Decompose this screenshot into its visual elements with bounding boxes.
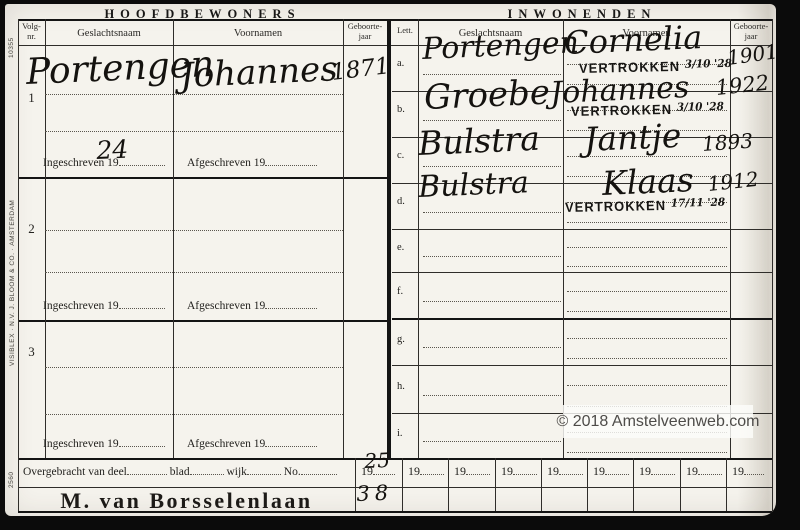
stamp-date: 3/10 '28 (685, 57, 732, 71)
stamp-date: 17/11 '28 (671, 196, 726, 210)
dotted-line (423, 347, 561, 348)
rule-line (343, 19, 344, 458)
year-prefix: 19 (501, 464, 513, 478)
rule-line (18, 458, 772, 460)
dotted-line (567, 247, 727, 248)
rule-line (18, 177, 391, 179)
col-geboortejaar: Geboorte-jaar (343, 22, 387, 42)
handwritten-ingeschreven-year-row1: 24 (96, 135, 129, 165)
ingeschreven-row2: Ingeschreven 19 (43, 299, 165, 312)
stamp-date: 3/10 '28 (677, 100, 724, 114)
year-prefix: 19 (639, 464, 651, 478)
wijk-label: wijk (226, 466, 246, 478)
dotted-line (567, 311, 727, 312)
rule-line (392, 272, 772, 273)
year-prefix: 19 (454, 464, 466, 478)
handwritten-firstnames-row1: Johannes (179, 49, 338, 96)
stamp-text: VERTROKKEN (565, 198, 666, 215)
form-serial-bottom: 2560 (8, 446, 15, 488)
handwritten-firstnames-c: Jantje (583, 116, 682, 159)
dotted-line (45, 367, 343, 368)
letter-h: h. (397, 381, 405, 392)
afgeschreven-label: Afgeschreven 19 (187, 438, 265, 450)
letter-i: i. (397, 428, 403, 439)
overgebracht-row: Overgebracht van deel blad wijk No. (23, 465, 337, 478)
rule-line (633, 458, 634, 511)
dotted-line (567, 358, 727, 359)
dotted-line (45, 131, 343, 132)
dotted-line (45, 230, 343, 231)
dotted-leader (513, 465, 537, 475)
dotted-line (423, 395, 561, 396)
rule-line (680, 458, 681, 511)
dotted-leader (119, 437, 165, 447)
year-cell-4: 19 (547, 464, 583, 479)
handwritten-surname-b: Groebe (423, 73, 551, 118)
rule-line (392, 318, 772, 320)
year-prefix: 19 (732, 464, 744, 478)
volgnr-3: 3 (18, 344, 45, 360)
year-cell-6: 19 (639, 464, 675, 479)
dotted-line (423, 212, 561, 213)
dotted-leader (247, 465, 281, 475)
afgeschreven-row2: Afgeschreven 19 (187, 299, 317, 312)
rule-line (495, 458, 496, 511)
dotted-line (567, 222, 727, 223)
year-cell-1: 19 (408, 464, 444, 479)
volgnr-2: 2 (18, 221, 45, 237)
ingeschreven-label: Ingeschreven 19 (43, 438, 119, 450)
dotted-leader (127, 465, 167, 475)
handwritten-birthyear-b: 1922 (714, 71, 770, 100)
dotted-leader (301, 465, 337, 475)
dotted-leader (559, 465, 583, 475)
dotted-leader (265, 299, 317, 309)
dotted-leader (190, 465, 224, 475)
afgeschreven-row3: Afgeschreven 19 (187, 437, 317, 450)
dotted-line (567, 452, 727, 453)
handwritten-house-number: 38 (356, 480, 394, 506)
dotted-leader (119, 299, 165, 309)
form-serial-top: 10355 (8, 12, 15, 58)
afgeschreven-row1: Afgeschreven 19 (187, 156, 317, 169)
center-divider (387, 19, 391, 458)
dotted-line (423, 301, 561, 302)
handwritten-birthyear-c: 1893 (701, 129, 753, 156)
rule-line (448, 458, 449, 511)
dotted-line (567, 338, 727, 339)
afgeschreven-label: Afgeschreven 19 (187, 157, 265, 169)
col-geslachtsnaam: Geslachtsnaam (45, 28, 173, 40)
dotted-line (423, 441, 561, 442)
letter-c: c. (397, 150, 404, 161)
blad-label: blad (170, 466, 190, 478)
dotted-leader (651, 465, 675, 475)
rule-line (18, 320, 391, 322)
dotted-leader (744, 465, 764, 475)
rule-line (541, 458, 542, 511)
year-cell-3: 19 (501, 464, 537, 479)
year-prefix: 19 (593, 464, 605, 478)
overgebracht-label: Overgebracht van deel (23, 466, 127, 478)
year-cell-8: 19 (732, 464, 764, 479)
letter-f: f. (397, 286, 403, 297)
dotted-leader (698, 465, 722, 475)
year-cell-7: 19 (686, 464, 722, 479)
copyright-watermark: © 2018 Amstelveenweb.com (563, 405, 753, 438)
population-register-card: 10355 VISIBLEX · N.V. J. BLOOM & CO. · A… (5, 4, 776, 516)
street-name-stamp: M. van Borsselenlaan (18, 488, 355, 514)
letter-a: a. (397, 58, 404, 69)
col-voornamen: Voornamen (173, 28, 343, 40)
letter-b: b. (397, 104, 405, 115)
dotted-leader (420, 465, 444, 475)
letter-e: e. (397, 242, 404, 253)
rule-line (402, 458, 403, 511)
handwritten-surname-c: Bulstra (417, 119, 540, 163)
rule-line (772, 19, 773, 511)
rule-line (726, 458, 727, 511)
year-prefix: 19 (686, 464, 698, 478)
afgeschreven-label: Afgeschreven 19 (187, 300, 265, 312)
handwritten-birthyear-d: 1912 (706, 167, 759, 196)
dotted-leader (605, 465, 629, 475)
year-cell-2: 19 (454, 464, 490, 479)
dotted-leader (265, 156, 317, 166)
vertrokken-stamp-b: VERTROKKEN 3/10 '28 (571, 100, 724, 119)
ingeschreven-row3: Ingeschreven 19 (43, 437, 165, 450)
dotted-line (423, 256, 561, 257)
year-prefix: 19 (408, 464, 420, 478)
printer-imprint: VISIBLEX · N.V. J. BLOOM & CO. · AMSTERD… (9, 152, 16, 366)
dotted-line (567, 266, 727, 267)
ingeschreven-label: Ingeschreven 19 (43, 300, 119, 312)
rule-line (587, 458, 588, 511)
no-label: No. (284, 466, 301, 478)
col-volgnr: Volg-nr. (18, 22, 45, 42)
col-geboortejaar-2: Geboorte-jaar (730, 22, 772, 42)
dotted-leader (265, 437, 317, 447)
handwritten-surname-d: Bulstra (417, 165, 529, 205)
dotted-line (45, 414, 343, 415)
rule-line (418, 19, 419, 458)
handwritten-firstnames-a: Cornelia (563, 18, 703, 62)
vertrokken-stamp-d: VERTROKKEN 17/11 '28 (565, 196, 725, 215)
year-prefix: 19 (547, 464, 559, 478)
handwritten-transfer-year: 25 (364, 448, 390, 473)
rule-line (392, 229, 772, 230)
rule-line (392, 365, 772, 366)
letter-g: g. (397, 334, 405, 345)
dotted-line (45, 272, 343, 273)
dotted-leader (466, 465, 490, 475)
handwritten-birthyear-row1: 1871 (330, 53, 391, 86)
letter-d: d. (397, 196, 405, 207)
handwritten-surname-a: Portengen (421, 25, 579, 67)
dotted-line (567, 385, 727, 386)
year-cell-5: 19 (593, 464, 629, 479)
dotted-line (567, 291, 727, 292)
col-lett: Lett. (392, 26, 418, 36)
